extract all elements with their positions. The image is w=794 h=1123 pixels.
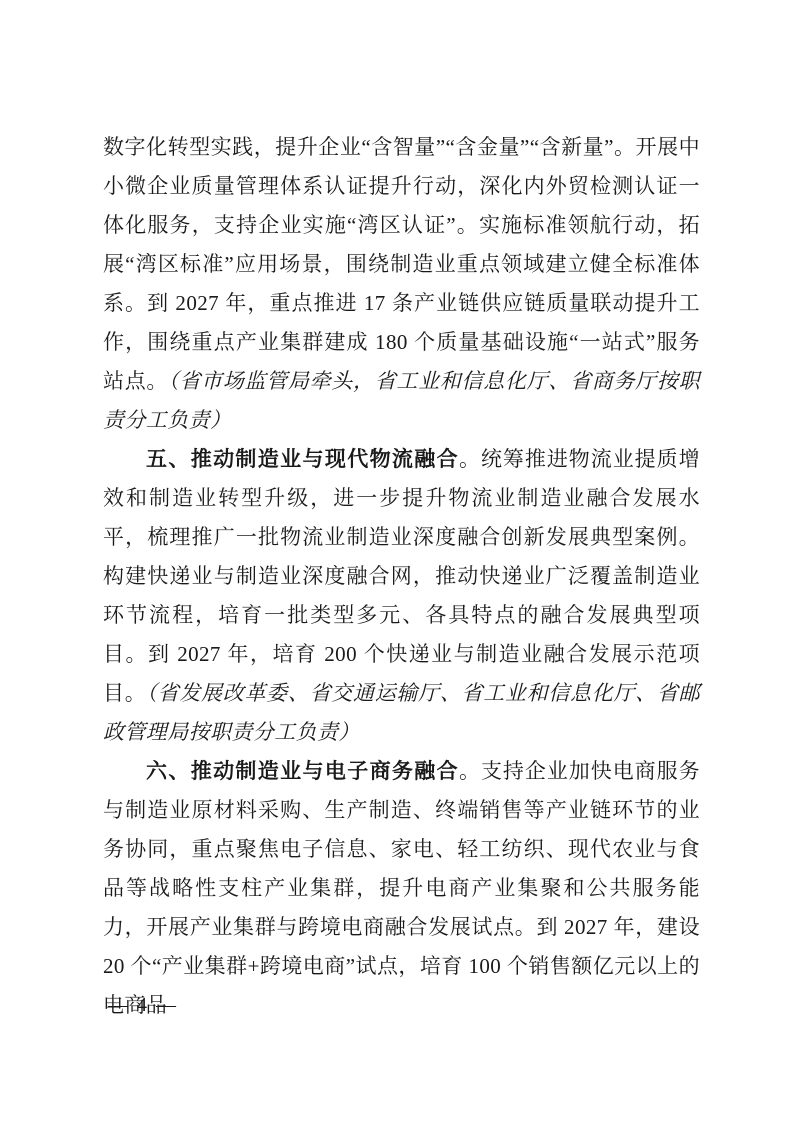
paragraph: 五、推动制造业与现代物流融合。统筹推进物流业提质增效和制造业转型升级，进一步提升… (103, 440, 700, 752)
section-heading-6: 六、推动制造业与电子商务融合 (146, 760, 459, 783)
document-page: 数字化转型实践，提升企业“含智量”“含金量”“含新量”。开展中小微企业质量管理体… (0, 0, 794, 1123)
paragraph-text: 。支持企业加快电商服务与制造业原材料采购、生产制造、终端销售等产业链环节的业务协… (103, 759, 700, 1017)
paragraph: 六、推动制造业与电子商务融合。支持企业加快电商服务与制造业原材料采购、生产制造、… (103, 752, 700, 1025)
paragraph-text: 数字化转型实践，提升企业“含智量”“含金量”“含新量”。开展中小微企业质量管理体… (103, 135, 700, 393)
page-number: — 4 — (108, 994, 178, 1017)
paragraph: 数字化转型实践，提升企业“含智量”“含金量”“含新量”。开展中小微企业质量管理体… (103, 128, 700, 440)
paragraph-text: 。统筹推进物流业提质增效和制造业转型升级，进一步提升物流业制造业融合发展水平，梳… (103, 447, 700, 705)
responsibility-note: （省发展改革委、省交通运输厅、省工业和信息化厅、省邮政管理局按职责分工负责） (103, 681, 700, 744)
document-body: 数字化转型实践，提升企业“含智量”“含金量”“含新量”。开展中小微企业质量管理体… (103, 128, 700, 1025)
section-heading-5: 五、推动制造业与现代物流融合 (146, 448, 459, 471)
responsibility-note: （省市场监管局牵头，省工业和信息化厅、省商务厅按职责分工负责） (103, 369, 700, 432)
